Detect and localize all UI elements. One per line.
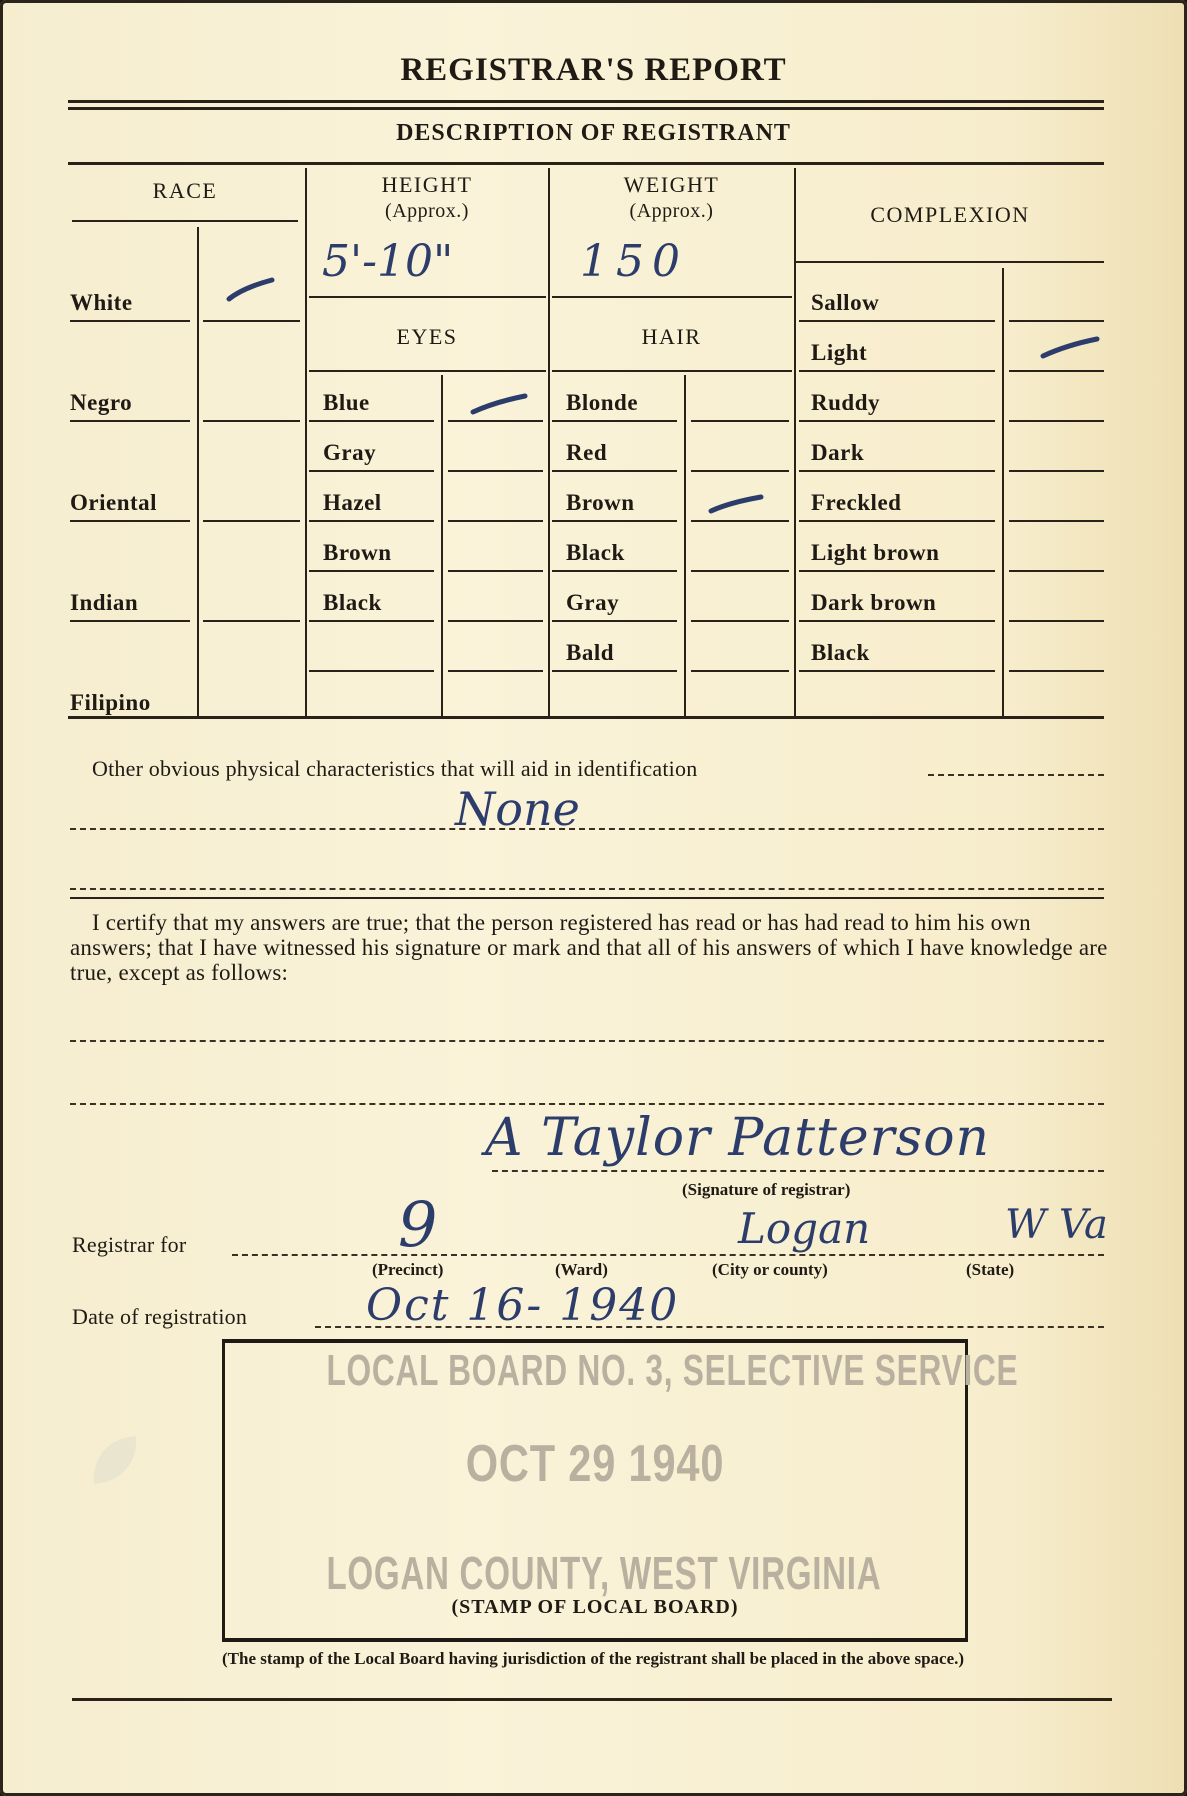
rule — [1009, 570, 1104, 572]
certification-text: I certify that my answers are true; that… — [70, 910, 1110, 985]
rule — [448, 520, 543, 522]
ward-caption: (Ward) — [555, 1260, 608, 1280]
stamp-note: (The stamp of the Local Board having jur… — [222, 1648, 982, 1669]
rule — [1009, 320, 1104, 322]
eyes-label-brown: Brown — [323, 540, 392, 566]
complexion-label-light: Light — [811, 340, 867, 366]
race-header-rule — [72, 220, 298, 222]
rule — [309, 620, 434, 622]
title-rule-top — [68, 100, 1104, 103]
rule — [1009, 470, 1104, 472]
exceptions-line-2[interactable] — [70, 1103, 1104, 1105]
eyes-header: EYES — [307, 324, 547, 350]
weight-header-sub: (Approx.) — [550, 198, 793, 224]
race-label-negro: Negro — [70, 390, 132, 416]
city-caption: (City or county) — [712, 1260, 828, 1280]
complexion-label-dark-brown: Dark brown — [811, 590, 936, 616]
exceptions-line-1[interactable] — [70, 1040, 1104, 1042]
rule — [1009, 520, 1104, 522]
hair-label-gray: Gray — [566, 590, 619, 616]
rule — [309, 520, 434, 522]
complexion-header: COMPLEXION — [796, 202, 1104, 228]
characteristics-line-1 — [928, 774, 1104, 776]
rule — [799, 670, 995, 672]
complexion-label-black: Black — [811, 640, 870, 666]
race-label-filipino: Filipino — [70, 690, 151, 716]
registrar-signature[interactable]: A Taylor Patterson — [485, 1108, 990, 1168]
rule — [799, 620, 995, 622]
complexion-header-rule — [796, 261, 1104, 263]
height-header-label: HEIGHT — [307, 172, 547, 198]
rule — [552, 570, 677, 572]
section-rule — [70, 897, 1104, 899]
rule — [203, 520, 300, 522]
page-title: REGISTRAR'S REPORT — [0, 52, 1187, 89]
precinct-value[interactable]: 9 — [398, 1188, 437, 1261]
rule — [70, 420, 190, 422]
state-caption: (State) — [966, 1260, 1014, 1280]
eyes-blue-checkmark-icon[interactable] — [470, 393, 528, 415]
eyes-label-gray: Gray — [323, 440, 376, 466]
stamp-caption: (STAMP OF LOCAL BOARD) — [222, 1596, 968, 1619]
characteristics-label: Other obvious physical characteristics t… — [92, 756, 697, 781]
divider-eyes-check — [441, 375, 443, 716]
rule — [1009, 670, 1104, 672]
state-value[interactable]: W Va — [1005, 1202, 1108, 1248]
race-label-oriental: Oriental — [70, 490, 157, 516]
divider-hair-check — [684, 375, 686, 716]
rule — [691, 570, 789, 572]
rule — [203, 620, 300, 622]
rule — [799, 420, 995, 422]
weight-rule — [552, 296, 792, 298]
weight-header-label: WEIGHT — [550, 172, 793, 198]
rule — [799, 370, 995, 372]
hair-label-black: Black — [566, 540, 625, 566]
hair-label-bald: Bald — [566, 640, 614, 666]
weight-value[interactable]: 150 — [580, 236, 688, 287]
leaf-watermark-icon — [88, 1432, 142, 1488]
race-label-white: White — [70, 290, 133, 316]
height-header: HEIGHT (Approx.) — [307, 172, 547, 224]
rule — [1009, 420, 1104, 422]
race-header: RACE — [70, 178, 300, 204]
divider-race-check — [197, 227, 199, 716]
divider-weight-complexion — [794, 168, 796, 716]
complexion-label-ruddy: Ruddy — [811, 390, 880, 416]
section-title: DESCRIPTION OF REGISTRANT — [0, 120, 1187, 147]
divider-complexion-check — [1002, 268, 1004, 716]
rule — [448, 620, 543, 622]
rule — [691, 470, 789, 472]
hair-label-red: Red — [566, 440, 607, 466]
eyes-header-rule — [309, 370, 546, 372]
rule — [203, 320, 300, 322]
rule — [309, 470, 434, 472]
signature-line — [492, 1170, 1104, 1172]
rule — [448, 670, 543, 672]
hair-label-brown: Brown — [566, 490, 635, 516]
weight-header: WEIGHT (Approx.) — [550, 172, 793, 224]
hair-label-blonde: Blonde — [566, 390, 638, 416]
rule — [691, 520, 789, 522]
height-value[interactable]: 5'-10" — [322, 236, 453, 287]
complexion-label-freckled: Freckled — [811, 490, 901, 516]
precinct-caption: (Precinct) — [372, 1260, 443, 1280]
rule — [309, 420, 434, 422]
eyes-label-hazel: Hazel — [323, 490, 382, 516]
stamp-line-county: LOGAN COUNTY, WEST VIRGINIA — [326, 1546, 863, 1600]
signature-caption: (Signature of registrar) — [682, 1180, 850, 1200]
rule — [552, 420, 677, 422]
rule — [552, 520, 677, 522]
race-white-checkmark-icon[interactable] — [226, 277, 276, 303]
eyes-label-black: Black — [323, 590, 382, 616]
title-rule-bottom — [68, 107, 1104, 110]
rule — [552, 620, 677, 622]
rule — [799, 520, 995, 522]
characteristics-line-2 — [70, 828, 1104, 830]
rule — [70, 620, 190, 622]
rule — [691, 670, 789, 672]
race-label-indian: Indian — [70, 590, 138, 616]
complexion-light-checkmark-icon[interactable] — [1040, 336, 1100, 360]
hair-header: HAIR — [550, 324, 793, 350]
rule — [691, 620, 789, 622]
registrar-report-card: REGISTRAR'S REPORT DESCRIPTION OF REGIST… — [0, 0, 1187, 1796]
rule — [448, 570, 543, 572]
divider-height-weight — [548, 168, 550, 716]
complexion-label-light-brown: Light brown — [811, 540, 939, 566]
eyes-label-blue: Blue — [323, 390, 370, 416]
rule — [552, 670, 677, 672]
registrar-for-label: Registrar for — [72, 1232, 186, 1257]
rule — [309, 570, 434, 572]
hair-brown-checkmark-icon[interactable] — [708, 494, 764, 514]
table-bottom-rule — [68, 716, 1104, 719]
rule — [1009, 620, 1104, 622]
rule — [1009, 370, 1104, 372]
stamp-line-board: LOCAL BOARD NO. 3, SELECTIVE SERVICE — [326, 1346, 863, 1396]
rule — [203, 420, 300, 422]
table-top-rule — [68, 162, 1104, 165]
city-value[interactable]: Logan — [738, 1204, 870, 1253]
rule — [799, 320, 995, 322]
bottom-rule — [72, 1698, 1112, 1701]
characteristics-line-3 — [70, 888, 1104, 890]
rule — [799, 570, 995, 572]
hair-header-rule — [552, 370, 792, 372]
stamp-line-date: OCT 29 1940 — [297, 1434, 894, 1494]
complexion-label-sallow: Sallow — [811, 290, 879, 316]
date-value[interactable]: Oct 16- 1940 — [366, 1280, 679, 1331]
rule — [691, 420, 789, 422]
rule — [448, 420, 543, 422]
rule — [799, 470, 995, 472]
divider-race-height — [305, 168, 307, 716]
complexion-label-dark: Dark — [811, 440, 864, 466]
rule — [448, 470, 543, 472]
date-label: Date of registration — [72, 1304, 247, 1329]
registrar-for-line — [232, 1254, 1104, 1256]
rule — [70, 320, 190, 322]
rule — [309, 670, 434, 672]
height-rule — [309, 296, 546, 298]
rule — [552, 470, 677, 472]
rule — [70, 520, 190, 522]
height-header-sub: (Approx.) — [307, 198, 547, 224]
